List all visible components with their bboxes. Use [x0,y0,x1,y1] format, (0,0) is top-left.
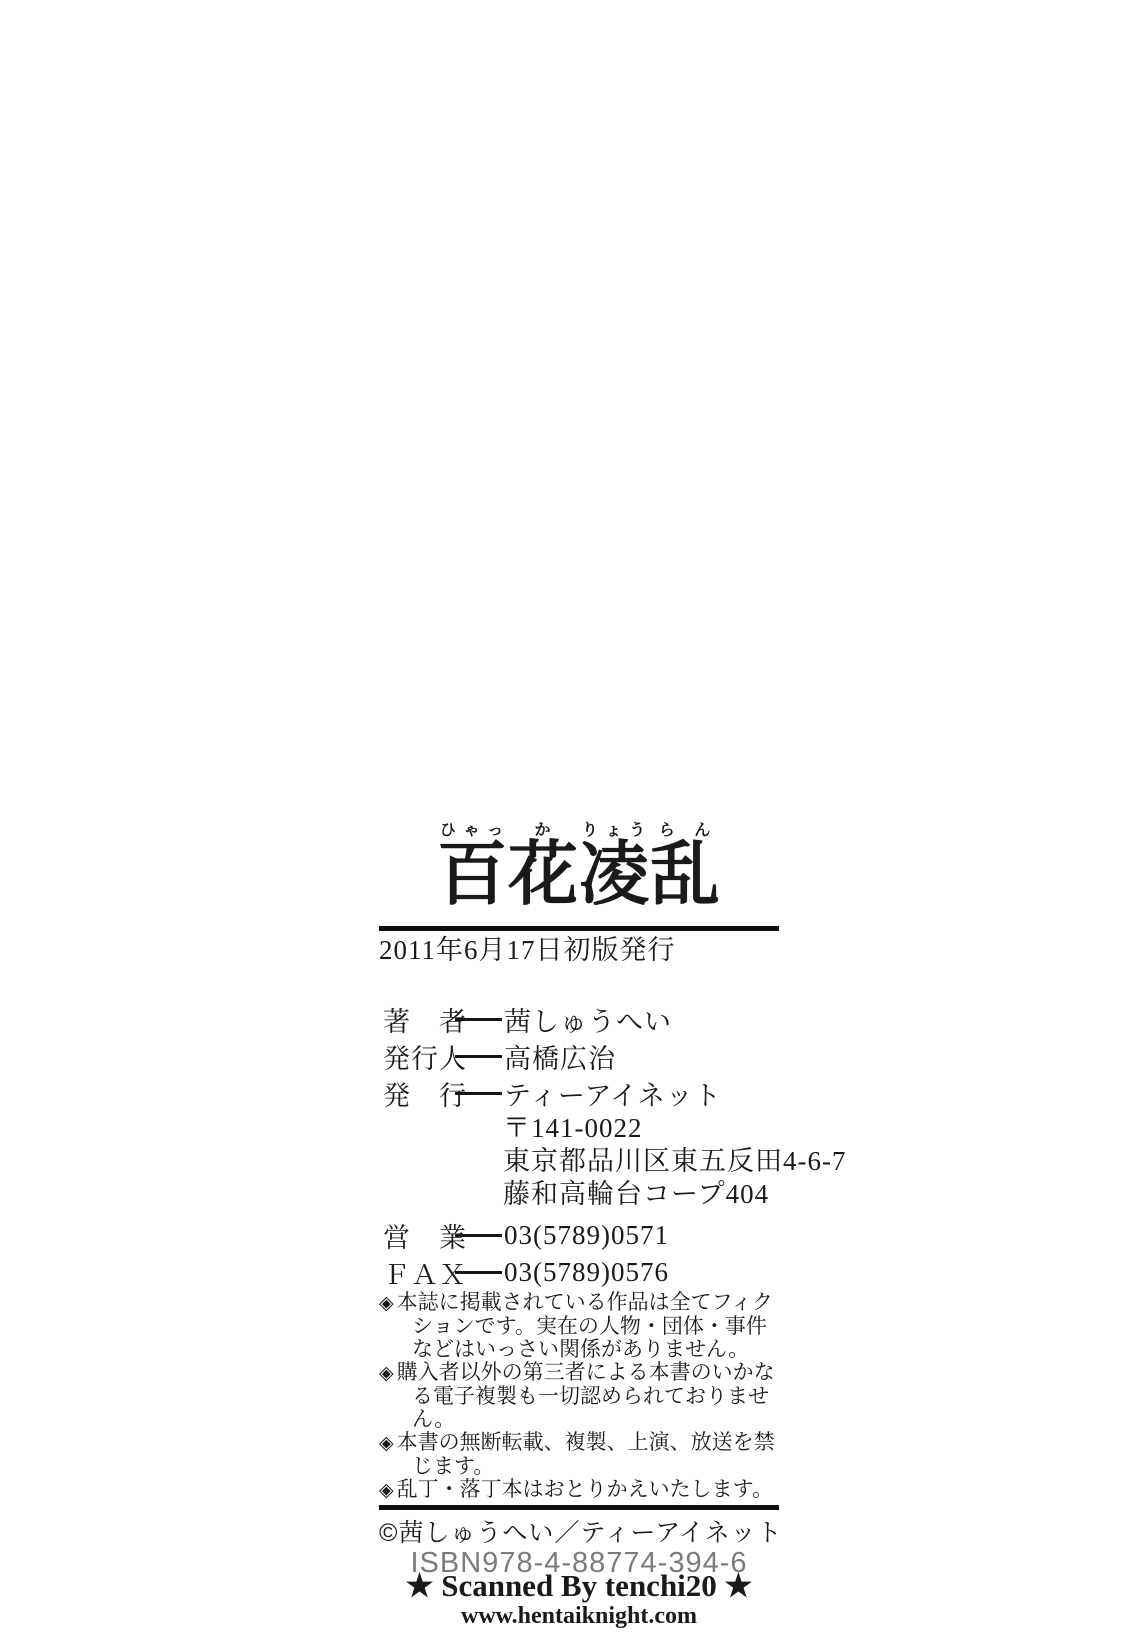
contact-row-fax: ＦＡＸ 03(5789)0576 [379,1254,779,1291]
label-dash [455,1018,502,1021]
title-char-base: 凌 [579,837,650,914]
notice-text: 乱丁・落丁本はおとりかえいたします。 [397,1478,773,1501]
scanner-website: www.hentaiknight.com [379,1605,779,1627]
title-char-base: 乱 [650,837,721,914]
colophon-block: 百ひゃっ花か凌りょう乱らん 2011年6月17日初版発行 著 者 茜しゅうへい … [379,822,779,1627]
contact-rows: 営 業 03(5789)0571 ＦＡＸ 03(5789)0576 [379,1217,779,1291]
credit-row-publisher-company: 発 行 ティーアイネット [379,1075,779,1112]
legal-notices: ◈本誌に掲載されている作品は全てフィクションです。実在の人物・団体・事件などはい… [379,1291,779,1502]
credit-value: 茜しゅうへい [504,1000,672,1039]
diamond-bullet-icon: ◈ [379,1480,394,1501]
edition-date: 2011年6月17日初版発行 [379,935,779,965]
credit-row-author: 著 者 茜しゅうへい [379,1001,779,1038]
title-char-1: 百ひゃっ [437,837,508,914]
label-dash [455,1234,502,1237]
diamond-bullet-icon: ◈ [379,1293,394,1314]
title-char-furigana: か [508,822,579,839]
title-char-2: 花か [508,837,579,914]
notice-text: 本書の無断転載、複製、上演、放送を禁じます。 [397,1431,775,1478]
postal-code: 〒141-0022 [503,1112,779,1145]
title-char-3: 凌りょう [579,837,650,914]
label-dash [455,1092,502,1095]
contact-label: 営 業 [383,1216,455,1255]
credit-row-publisher-person: 発行人 高橋広治 [379,1038,779,1075]
credit-label: 著 者 [383,1000,455,1039]
notice-digital-copy: ◈購入者以外の第三者による本書のいかなる電子複製も一切認められておりません。 [379,1361,779,1431]
label-dash [455,1055,502,1058]
notice-defective-copies: ◈乱丁・落丁本はおとりかえいたします。 [379,1478,779,1502]
contact-phone: 03(5789)0576 [504,1257,669,1288]
title-char-base: 百 [437,837,508,914]
book-title: 百ひゃっ花か凌りょう乱らん [379,822,779,911]
contact-label: ＦＡＸ [383,1253,455,1292]
diamond-bullet-icon: ◈ [379,1363,394,1384]
notice-fiction: ◈本誌に掲載されている作品は全てフィクションです。実在の人物・団体・事件などはい… [379,1291,779,1361]
notice-text: 本誌に掲載されている作品は全てフィクションです。実在の人物・団体・事件などはいっ… [397,1291,773,1361]
credit-value: 高橋広治 [504,1037,616,1076]
title-char-base: 花 [508,837,579,914]
title-divider-rule [379,926,779,931]
address-line-1: 東京都品川区東五反田4-6-7 [503,1145,779,1178]
copyright-line: ©茜しゅうへい／ティーアイネット [379,1519,779,1547]
address-line-2: 藤和高輪台コープ404 [503,1178,779,1211]
credit-value: ティーアイネット [504,1074,722,1113]
title-char-4: 乱らん [650,837,721,914]
credit-label: 発 行 [383,1074,455,1113]
credit-label: 発行人 [383,1037,455,1076]
scanner-credit: ★ Scanned By tenchi20 ★ [379,1572,779,1599]
scan-footer: ISBN978-4-88774-394-6 ★ Scanned By tench… [379,1552,779,1627]
credit-rows: 著 者 茜しゅうへい 発行人 高橋広治 発 行 ティーアイネット [379,1001,779,1112]
notice-reproduction: ◈本書の無断転載、複製、上演、放送を禁じます。 [379,1431,779,1478]
publisher-address: 〒141-0022 東京都品川区東五反田4-6-7 藤和高輪台コープ404 [503,1112,779,1211]
diamond-bullet-icon: ◈ [379,1433,394,1454]
contact-row-sales: 営 業 03(5789)0571 [379,1217,779,1254]
footer-divider-rule [379,1505,779,1510]
title-char-furigana: りょう [579,822,650,839]
label-dash [455,1271,502,1274]
title-char-furigana: ひゃっ [437,822,508,839]
notice-text: 購入者以外の第三者による本書のいかなる電子複製も一切認められておりません。 [397,1361,775,1431]
scanned-colophon-page: 百ひゃっ花か凌りょう乱らん 2011年6月17日初版発行 著 者 茜しゅうへい … [0,0,1140,1646]
title-char-furigana: らん [650,822,721,839]
contact-phone: 03(5789)0571 [504,1220,669,1251]
